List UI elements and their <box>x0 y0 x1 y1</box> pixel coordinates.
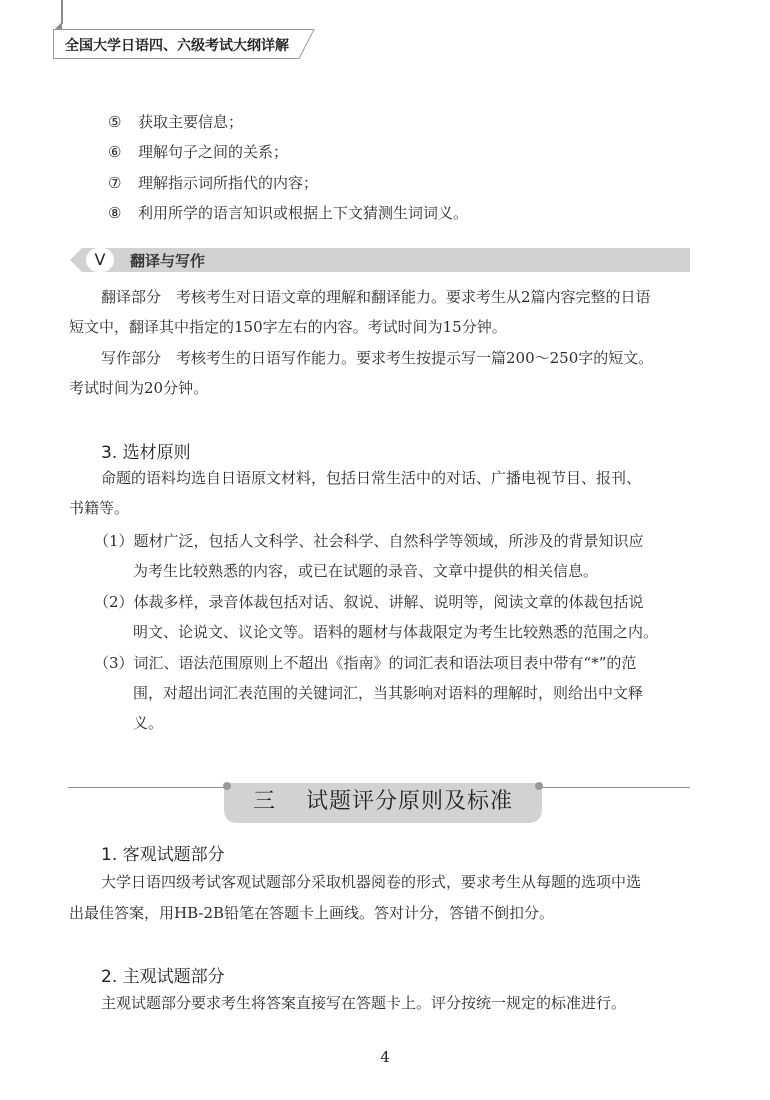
banner-arrow-icon <box>70 248 82 272</box>
chapter-rule-right <box>538 787 690 788</box>
item-marker: （3） <box>94 654 134 672</box>
paragraph-line: 写作部分 考核考生的日语写作能力。要求考生按提示写一篇200～250字的短文。 <box>101 348 653 368</box>
paragraph-line: 翻译部分 考核考生对日语文章的理解和翻译能力。要求考生从2篇内容完整的日语 <box>101 287 651 307</box>
list-marker: ⑤ <box>108 112 138 132</box>
numbered-item: （3）词汇、语法范围原则上不超出《指南》的词汇表和语法项目表中带有“*”的范 <box>94 653 636 673</box>
list-text: 理解指示词所指代的内容； <box>138 174 318 192</box>
paragraph-line: 考试时间为20分钟。 <box>69 378 208 398</box>
item-continuation: 为考生比较熟悉的内容，或已在试题的录音、文章中提供的相关信息。 <box>133 561 598 581</box>
chapter-numeral: 三 <box>253 789 276 814</box>
section-numeral: V <box>86 248 114 272</box>
header-rule <box>61 0 63 24</box>
list-marker: ⑦ <box>108 173 138 193</box>
section-heading: 1. 客观试题部分 <box>101 840 225 865</box>
paragraph-line: 短文中，翻译其中指定的150字左右的内容。考试时间为15分钟。 <box>69 317 507 337</box>
paragraph-line: 命题的语料均选自日语原文材料，包括日常生活中的对话、广播电视节目、报刊、 <box>101 468 641 488</box>
paragraph-line: 大学日语四级考试客观试题部分采取机器阅卷的形式，要求考生从每题的选项中选 <box>101 872 641 892</box>
numbered-item: （1）题材广泛，包括人文科学、社会科学、自然科学等领域，所涉及的背景知识应 <box>94 531 644 551</box>
page-number: 4 <box>0 1048 770 1066</box>
list-item: ⑤获取主要信息； <box>108 112 243 132</box>
item-continuation: 围，对超出词汇表范围的关键词汇，当其影响对语料的理解时，则给出中文释 <box>133 683 643 703</box>
section-heading: 3. 选材原则 <box>101 438 191 463</box>
list-text: 理解句子之间的关系； <box>138 143 288 161</box>
list-item: ⑦理解指示词所指代的内容； <box>108 173 318 193</box>
chapter-banner: 三试题评分原则及标准 <box>222 781 544 824</box>
paragraph-line: 主观试题部分要求考生将答案直接写在答题卡上。评分按统一规定的标准进行。 <box>101 993 626 1013</box>
chapter-title: 三试题评分原则及标准 <box>222 781 544 823</box>
paragraph-line: 出最佳答案，用HB-2B铅笔在答题卡上画线。答对计分，答错不倒扣分。 <box>69 903 554 923</box>
list-marker: ⑧ <box>108 203 138 223</box>
list-item: ⑧利用所学的语言知识或根据上下文猜测生词词义。 <box>108 203 468 223</box>
section-heading: 2. 主观试题部分 <box>101 962 225 987</box>
header-notch <box>55 22 62 29</box>
chapter-rule-left <box>68 787 228 788</box>
item-marker: （1） <box>94 532 134 550</box>
list-text: 获取主要信息； <box>138 113 243 131</box>
list-text: 利用所学的语言知识或根据上下文猜测生词词义。 <box>138 204 468 222</box>
paragraph-line: 书籍等。 <box>69 498 129 518</box>
item-text: 词汇、语法范围原则上不超出《指南》的词汇表和语法项目表中带有“*”的范 <box>134 654 637 672</box>
chapter-title-text: 试题评分原则及标准 <box>306 789 513 814</box>
section-banner-v: V 翻译与写作 <box>70 248 690 272</box>
item-continuation: 义。 <box>133 713 163 733</box>
running-header: 全国大学日语四、六级考试大纲详解 <box>53 29 315 59</box>
section-title: 翻译与写作 <box>130 250 205 271</box>
item-text: 体裁多样，录音体裁包括对话、叙说、讲解、说明等，阅读文章的体裁包括说 <box>134 593 644 611</box>
item-continuation: 明文、论说文、议论文等。语料的题材与体裁限定为考生比较熟悉的范围之内。 <box>133 622 658 642</box>
item-text: 题材广泛，包括人文科学、社会科学、自然科学等领域，所涉及的背景知识应 <box>134 532 644 550</box>
list-marker: ⑥ <box>108 142 138 162</box>
numbered-item: （2）体裁多样，录音体裁包括对话、叙说、讲解、说明等，阅读文章的体裁包括说 <box>94 592 644 612</box>
item-marker: （2） <box>94 593 134 611</box>
running-title: 全国大学日语四、六级考试大纲详解 <box>65 35 289 55</box>
list-item: ⑥理解句子之间的关系； <box>108 142 288 162</box>
